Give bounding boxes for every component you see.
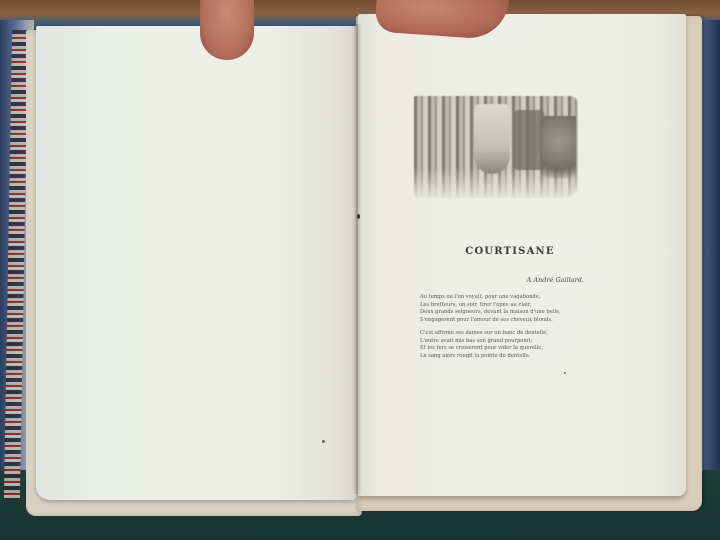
left-page-blank xyxy=(36,26,358,500)
gutter-mark xyxy=(357,214,360,219)
poem-line: Les bretteurs, un soir, tirer l'épée au … xyxy=(420,302,590,310)
paper-speck xyxy=(322,440,325,443)
engraving-figure xyxy=(474,104,510,174)
finger-holding-left xyxy=(200,0,254,60)
poem-dedication: A André Gaillard. xyxy=(484,276,584,284)
poem-line: Deux grands seigneurs, devant la maison … xyxy=(420,309,590,317)
poem-line: Et les fers se croisèrent pour vider la … xyxy=(420,345,590,353)
poem-line: L'autre avait mis bas son grand pourpoin… xyxy=(420,338,590,346)
poem-line: Le sang alors rougit la pointe du dentel… xyxy=(420,353,590,361)
paper-speck xyxy=(564,372,566,374)
poem-line: C'est affirmé ses dames sur un banc de d… xyxy=(420,330,590,338)
poem-line: Au temps où l'on voyait, pour une vagabo… xyxy=(420,294,590,302)
poem-title: COURTISANE xyxy=(440,246,580,257)
poem-stanza-2: C'est affirmé ses dames sur un banc de d… xyxy=(420,330,590,360)
engraving-trees xyxy=(542,116,576,178)
poem-stanza-1: Au temps où l'on voyait, pour une vagabo… xyxy=(420,294,590,324)
book-gutter xyxy=(352,24,362,494)
vignette-engraving xyxy=(414,96,578,198)
engraving-archway xyxy=(514,110,544,170)
poem-line: S'engagèrent pour l'amour de ses cheveux… xyxy=(420,317,590,325)
